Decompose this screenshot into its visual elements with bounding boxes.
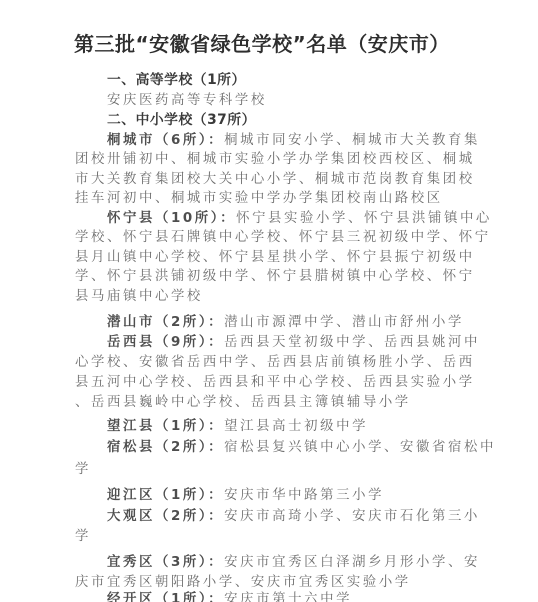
school-line: 学 [75,527,500,547]
district-label: 怀宁县（10所）： [107,211,236,226]
district-label: 迎江区（1所）： [107,488,224,503]
district-entry-jingkai: 经开区（1所）：安庆市第十六中学 [107,590,532,602]
district-label: 大观区（2所）： [107,509,224,524]
school-line: 桐城市同安小学、桐城市大关教育集 [224,133,480,148]
district-entry-tongcheng: 桐城市（6所）：桐城市同安小学、桐城市大关教育集 [107,131,532,151]
section-heading-higher-ed: 一、高等学校（1所） [107,71,532,91]
school-line: 安庆医药高等专科学校 [107,91,532,111]
school-line: 、岳西县巍岭中心学校、岳西县主簿镇辅导小学 [75,393,500,413]
school-line: 学 [75,460,500,480]
district-entry-susong: 宿松县（2所）：宿松县复兴镇中心小学、安徽省宿松中 [107,438,532,458]
school-line: 安庆市高琦小学、安庆市石化第三小 [224,509,480,524]
district-entry-yingjiang: 迎江区（1所）：安庆市华中路第三小学 [107,486,532,506]
district-entry-huaining: 怀宁县（10所）：怀宁县实验小学、怀宁县洪铺镇中心 [107,209,532,229]
school-line: 县月山镇中心学校、怀宁县星拱小学、怀宁县振宁初级中 [75,248,500,268]
district-label: 宿松县（2所）： [107,440,224,455]
school-line: 团校卅铺初中、桐城市实验小学办学集团校西校区、桐城 [75,150,500,170]
school-line: 县五河中心学校、岳西县和平中心学校、岳西县实验小学 [75,373,500,393]
school-line: 安庆市第十六中学 [224,592,352,602]
school-line: 岳西县天堂初级中学、岳西县姚河中 [224,335,480,350]
school-line: 心学校、安徽省岳西中学、岳西县店前镇杨胜小学、岳西 [75,353,500,373]
school-line: 县马庙镇中心学校 [75,287,500,307]
document-page: 第三批“安徽省绿色学校”名单（安庆市） 一、高等学校（1所） 安庆医药高等专科学… [0,0,538,602]
district-entry-yixiu: 宜秀区（3所）：安庆市宜秀区白泽湖乡月形小学、安 [107,553,532,573]
district-entry-wangjiang: 望江县（1所）：望江县高士初级中学 [107,417,532,437]
district-label: 桐城市（6所）： [107,133,224,148]
district-label: 潜山市（2所）： [107,315,224,330]
school-line: 安庆市宜秀区白泽湖乡月形小学、安 [224,555,480,570]
district-label: 岳西县（9所）： [107,335,224,350]
school-line: 怀宁县实验小学、怀宁县洪铺镇中心 [236,211,492,226]
school-line: 市大关教育集团校大关中心小学、桐城市范岗教育集团校 [75,170,500,190]
school-line: 望江县高士初级中学 [224,419,368,434]
school-line: 学、怀宁县洪铺初级中学、怀宁县腊树镇中心学校、怀宁 [75,267,500,287]
district-entry-yuexi: 岳西县（9所）：岳西县天堂初级中学、岳西县姚河中 [107,333,532,353]
school-line: 潜山市源潭中学、潜山市舒州小学 [224,315,464,330]
district-label: 望江县（1所）： [107,419,224,434]
section-heading-primary-secondary: 二、中小学校（37所） [107,111,532,131]
school-line: 安庆市华中路第三小学 [224,488,384,503]
school-line: 挂车河初中、桐城市实验中学办学集团校南山路校区 [75,189,500,209]
document-title: 第三批“安徽省绿色学校”名单（安庆市） [74,28,504,57]
district-entry-qianshan: 潜山市（2所）：潜山市源潭中学、潜山市舒州小学 [107,313,532,333]
district-label: 经开区（1所）： [107,592,224,602]
school-line: 学校、怀宁县石牌镇中心学校、怀宁县三祝初级中学、怀宁 [75,228,500,248]
district-label: 宜秀区（3所）： [107,555,224,570]
school-line: 宿松县复兴镇中心小学、安徽省宿松中 [224,440,496,455]
district-entry-daguan: 大观区（2所）：安庆市高琦小学、安庆市石化第三小 [107,507,532,527]
